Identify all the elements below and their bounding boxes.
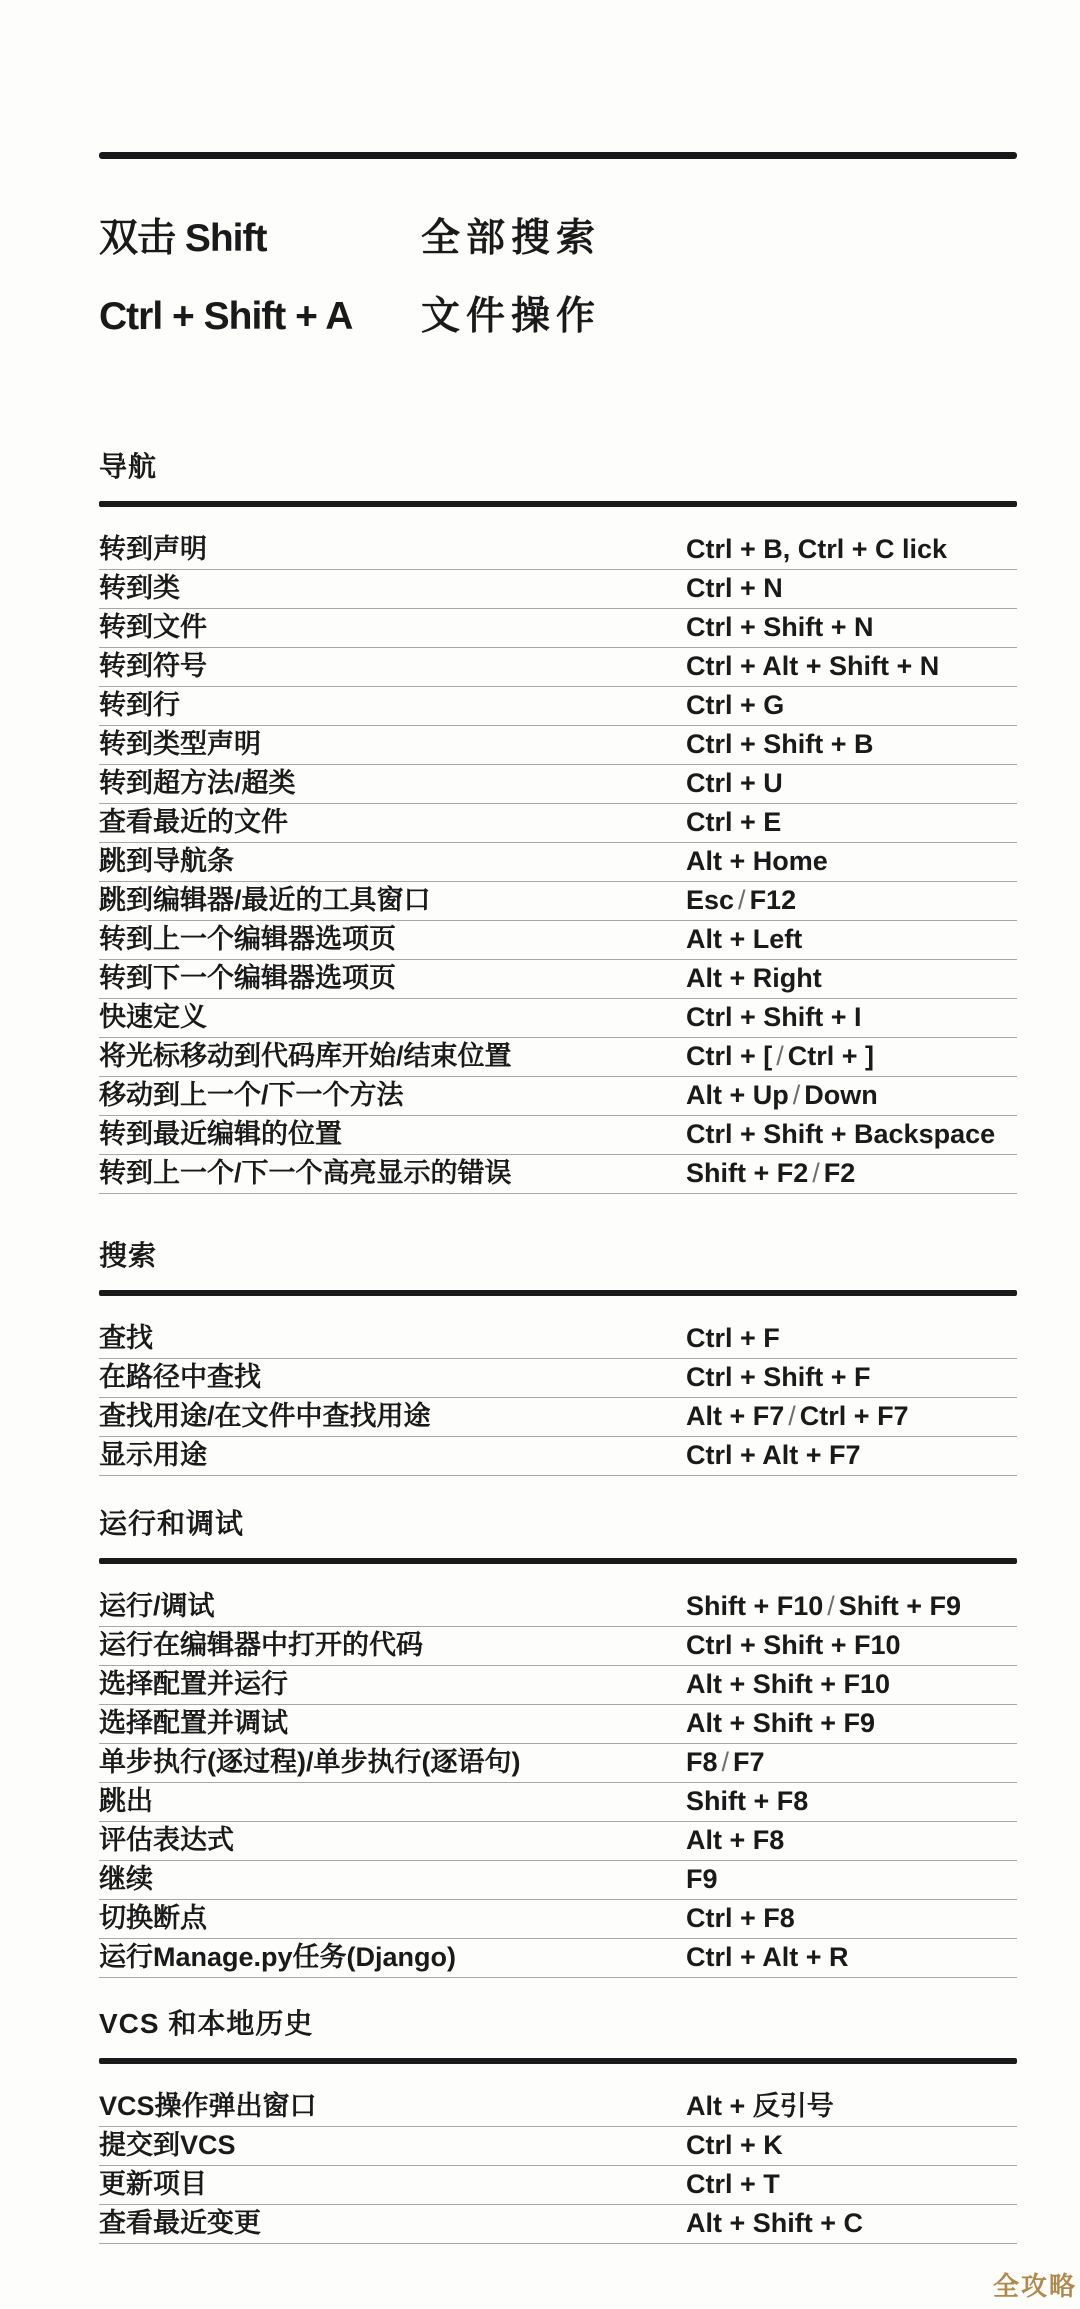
sections-container: 导航 转到声明 Ctrl + B, Ctrl + C lick 转到类 Ctrl…	[99, 447, 1017, 2244]
shortcut-alternative-slash: /	[784, 1401, 800, 1431]
shortcut-keys: Shift + F10/Shift + F9	[686, 1588, 961, 1625]
shortcut-key-combo: Ctrl + E	[686, 807, 781, 837]
table-row: 跳到导航条 Alt + Home	[99, 843, 1017, 882]
shortcut-alternative-slash: /	[789, 1080, 805, 1110]
shortcut-table: VCS操作弹出窗口 Alt + 反引号 提交到VCS Ctrl + K 更新项目…	[99, 2088, 1017, 2244]
shortcut-key-combo: Ctrl + G	[686, 690, 784, 720]
table-row: 单步执行(逐过程)/单步执行(逐语句) F8/F7	[99, 1744, 1017, 1783]
hero-row: Ctrl + Shift + A 文件操作	[99, 287, 1017, 347]
shortcut-keys: Ctrl + B, Ctrl + C lick	[686, 531, 947, 568]
section-title: VCS 和本地历史	[99, 2004, 1017, 2044]
action-label: 跳到导航条	[99, 843, 234, 880]
shortcut-keys: Alt + F7/Ctrl + F7	[686, 1398, 909, 1435]
action-label: 将光标移动到代码库开始/结束位置	[99, 1038, 512, 1075]
action-label: 跳出	[99, 1783, 153, 1820]
shortcut-keys: Ctrl + Shift + N	[686, 609, 874, 646]
shortcut-key-combo: F12	[750, 885, 797, 915]
shortcut-keys: Ctrl + U	[686, 765, 783, 802]
action-label: 转到类	[99, 570, 180, 607]
shortcut-key-combo: Ctrl + F8	[686, 1903, 795, 1933]
table-row: 查看最近变更 Alt + Shift + C	[99, 2205, 1017, 2244]
action-label: 在路径中查找	[99, 1359, 261, 1396]
action-label: 转到类型声明	[99, 726, 261, 763]
shortcut-alternative-slash: /	[808, 1158, 824, 1188]
hero-shortcut-keys: 双击 Shift	[99, 209, 266, 269]
shortcut-key-combo: Ctrl + K	[686, 2130, 783, 2160]
table-row: 选择配置并运行 Alt + Shift + F10	[99, 1666, 1017, 1705]
shortcut-keys: Shift + F2/F2	[686, 1155, 855, 1192]
shortcut-key-combo: Esc	[686, 885, 734, 915]
action-label: 单步执行(逐过程)/单步执行(逐语句)	[99, 1744, 520, 1781]
section-rule	[99, 1558, 1017, 1564]
shortcut-key-combo: Ctrl + U	[686, 768, 783, 798]
shortcut-section: VCS 和本地历史 VCS操作弹出窗口 Alt + 反引号 提交到VCS Ctr…	[99, 2004, 1017, 2244]
table-row: 运行在编辑器中打开的代码 Ctrl + Shift + F10	[99, 1627, 1017, 1666]
shortcut-key-combo: F9	[686, 1864, 718, 1894]
action-label: 更新项目	[99, 2166, 207, 2203]
action-label: 查找	[99, 1320, 153, 1357]
table-row: 转到文件 Ctrl + Shift + N	[99, 609, 1017, 648]
action-label: VCS操作弹出窗口	[99, 2088, 317, 2125]
table-row: VCS操作弹出窗口 Alt + 反引号	[99, 2088, 1017, 2127]
shortcut-keys: Ctrl + Shift + Backspace	[686, 1116, 995, 1153]
table-row: 运行Manage.py任务(Django) Ctrl + Alt + R	[99, 1939, 1017, 1978]
shortcut-key-combo: Alt + Shift + F9	[686, 1708, 875, 1738]
shortcut-keys: Ctrl + F8	[686, 1900, 795, 1937]
table-row: 转到行 Ctrl + G	[99, 687, 1017, 726]
shortcut-key-combo: Alt + F7	[686, 1401, 784, 1431]
shortcut-key-combo: Alt + Right	[686, 963, 822, 993]
shortcut-keys: Alt + 反引号	[686, 2088, 834, 2125]
shortcut-key-combo: Ctrl + Shift + F10	[686, 1630, 901, 1660]
action-label: 转到下一个编辑器选项页	[99, 960, 396, 997]
action-label: 查找用途/在文件中查找用途	[99, 1398, 431, 1435]
table-row: 在路径中查找 Ctrl + Shift + F	[99, 1359, 1017, 1398]
table-row: 转到符号 Ctrl + Alt + Shift + N	[99, 648, 1017, 687]
section-title: 搜索	[99, 1236, 1017, 1276]
cheatsheet-page: 双击 Shift 全部搜索 Ctrl + Shift + A 文件操作 导航 转…	[99, 0, 1017, 2244]
shortcut-key-combo: Ctrl + Shift + B	[686, 729, 874, 759]
shortcut-key-combo: F7	[733, 1747, 765, 1777]
shortcut-keys: Alt + Shift + F10	[686, 1666, 890, 1703]
table-row: 查看最近的文件 Ctrl + E	[99, 804, 1017, 843]
hero-shortcut-keys: Ctrl + Shift + A	[99, 287, 352, 347]
shortcut-key-combo: Ctrl + B, Ctrl + C lick	[686, 534, 947, 564]
shortcut-keys: Ctrl + Shift + F	[686, 1359, 871, 1396]
shortcut-keys: Esc/F12	[686, 882, 796, 919]
shortcut-keys: Ctrl + E	[686, 804, 781, 841]
shortcut-key-combo: Ctrl + Shift + I	[686, 1002, 862, 1032]
table-row: 移动到上一个/下一个方法 Alt + Up/Down	[99, 1077, 1017, 1116]
shortcut-keys: Ctrl + Alt + R	[686, 1939, 849, 1976]
shortcut-keys: Ctrl + F	[686, 1320, 780, 1357]
shortcut-alternative-slash: /	[823, 1591, 839, 1621]
action-label: 转到符号	[99, 648, 207, 685]
shortcut-key-combo: Ctrl + [	[686, 1041, 772, 1071]
shortcut-key-combo: Alt + Shift + C	[686, 2208, 863, 2238]
action-label: 快速定义	[99, 999, 207, 1036]
shortcut-key-combo: F2	[824, 1158, 856, 1188]
shortcut-section: 导航 转到声明 Ctrl + B, Ctrl + C lick 转到类 Ctrl…	[99, 447, 1017, 1194]
top-rule	[99, 152, 1017, 159]
shortcut-keys: Alt + Left	[686, 921, 802, 958]
table-row: 转到类 Ctrl + N	[99, 570, 1017, 609]
shortcut-key-combo: Ctrl + ]	[788, 1041, 874, 1071]
action-label: 评估表达式	[99, 1822, 234, 1859]
shortcut-keys: Alt + Right	[686, 960, 822, 997]
shortcut-table: 转到声明 Ctrl + B, Ctrl + C lick 转到类 Ctrl + …	[99, 531, 1017, 1194]
table-row: 转到超方法/超类 Ctrl + U	[99, 765, 1017, 804]
shortcut-keys: Alt + Shift + C	[686, 2205, 863, 2242]
table-row: 将光标移动到代码库开始/结束位置 Ctrl + [/Ctrl + ]	[99, 1038, 1017, 1077]
shortcut-alternative-slash: /	[734, 885, 750, 915]
action-label: 继续	[99, 1861, 153, 1898]
shortcut-key-combo: Ctrl + N	[686, 573, 783, 603]
shortcut-key-combo: Ctrl + Shift + Backspace	[686, 1119, 995, 1149]
action-label: 转到上一个/下一个高亮显示的错误	[99, 1155, 512, 1192]
section-rule	[99, 501, 1017, 507]
table-row: 提交到VCS Ctrl + K	[99, 2127, 1017, 2166]
hero-row: 双击 Shift 全部搜索	[99, 209, 1017, 269]
table-row: 转到类型声明 Ctrl + Shift + B	[99, 726, 1017, 765]
table-row: 继续 F9	[99, 1861, 1017, 1900]
shortcut-keys: Alt + F8	[686, 1822, 784, 1859]
shortcut-alternative-slash: /	[718, 1747, 734, 1777]
action-label: 转到行	[99, 687, 180, 724]
shortcut-keys: Ctrl + T	[686, 2166, 780, 2203]
shortcut-key-combo: Ctrl + Alt + F7	[686, 1440, 861, 1470]
shortcut-key-combo: Ctrl + T	[686, 2169, 780, 2199]
action-label: 转到上一个编辑器选项页	[99, 921, 396, 958]
action-label: 转到最近编辑的位置	[99, 1116, 342, 1153]
shortcut-keys: Alt + Shift + F9	[686, 1705, 875, 1742]
table-row: 转到最近编辑的位置 Ctrl + Shift + Backspace	[99, 1116, 1017, 1155]
table-row: 跳出 Shift + F8	[99, 1783, 1017, 1822]
table-row: 查找用途/在文件中查找用途 Alt + F7/Ctrl + F7	[99, 1398, 1017, 1437]
section-rule	[99, 2058, 1017, 2064]
shortcut-key-combo: Ctrl + Shift + F	[686, 1362, 871, 1392]
shortcut-key-combo: Down	[804, 1080, 878, 1110]
table-row: 更新项目 Ctrl + T	[99, 2166, 1017, 2205]
action-label: 查看最近的文件	[99, 804, 288, 841]
shortcut-key-combo: Alt + Home	[686, 846, 828, 876]
action-label: 显示用途	[99, 1437, 207, 1474]
shortcut-key-combo: Ctrl + F7	[800, 1401, 909, 1431]
table-row: 转到上一个编辑器选项页 Alt + Left	[99, 921, 1017, 960]
shortcut-key-combo: Ctrl + Shift + N	[686, 612, 874, 642]
shortcut-key-combo: Alt + 反引号	[686, 2091, 834, 2121]
table-row: 运行/调试 Shift + F10/Shift + F9	[99, 1588, 1017, 1627]
shortcut-keys: F8/F7	[686, 1744, 765, 1781]
section-title: 导航	[99, 447, 1017, 487]
shortcut-keys: Ctrl + Shift + B	[686, 726, 874, 763]
table-row: 显示用途 Ctrl + Alt + F7	[99, 1437, 1017, 1476]
hero-shortcuts: 双击 Shift 全部搜索 Ctrl + Shift + A 文件操作	[99, 209, 1017, 347]
action-label: 转到文件	[99, 609, 207, 646]
shortcut-table: 运行/调试 Shift + F10/Shift + F9 运行在编辑器中打开的代…	[99, 1588, 1017, 1978]
shortcut-keys: Ctrl + [/Ctrl + ]	[686, 1038, 874, 1075]
action-label: 选择配置并运行	[99, 1666, 288, 1703]
action-label: 运行/调试	[99, 1588, 215, 1625]
shortcut-keys: Ctrl + Alt + F7	[686, 1437, 861, 1474]
table-row: 选择配置并调试 Alt + Shift + F9	[99, 1705, 1017, 1744]
shortcut-key-combo: Shift + F10	[686, 1591, 823, 1621]
shortcut-keys: Alt + Up/Down	[686, 1077, 878, 1114]
shortcut-section: 运行和调试 运行/调试 Shift + F10/Shift + F9 运行在编辑…	[99, 1504, 1017, 1978]
action-label: 跳到编辑器/最近的工具窗口	[99, 882, 431, 919]
table-row: 切换断点 Ctrl + F8	[99, 1900, 1017, 1939]
shortcut-key-combo: Shift + F9	[839, 1591, 961, 1621]
shortcut-key-combo: F8	[686, 1747, 718, 1777]
shortcut-keys: Alt + Home	[686, 843, 828, 880]
shortcut-alternative-slash: /	[772, 1041, 788, 1071]
shortcut-key-combo: Alt + Left	[686, 924, 802, 954]
section-title: 运行和调试	[99, 1504, 1017, 1544]
table-row: 查找 Ctrl + F	[99, 1320, 1017, 1359]
shortcut-keys: Ctrl + Shift + I	[686, 999, 862, 1036]
hero-shortcut-description: 文件操作	[421, 287, 601, 347]
shortcut-table: 查找 Ctrl + F 在路径中查找 Ctrl + Shift + F 查找用途…	[99, 1320, 1017, 1476]
table-row: 跳到编辑器/最近的工具窗口 Esc/F12	[99, 882, 1017, 921]
table-row: 转到上一个/下一个高亮显示的错误 Shift + F2/F2	[99, 1155, 1017, 1194]
action-label: 运行Manage.py任务(Django)	[99, 1939, 456, 1976]
section-rule	[99, 1290, 1017, 1296]
hero-shortcut-description: 全部搜索	[421, 209, 601, 269]
action-label: 运行在编辑器中打开的代码	[99, 1627, 423, 1664]
shortcut-keys: Ctrl + Shift + F10	[686, 1627, 901, 1664]
action-label: 转到超方法/超类	[99, 765, 296, 802]
shortcut-keys: Ctrl + K	[686, 2127, 783, 2164]
table-row: 转到下一个编辑器选项页 Alt + Right	[99, 960, 1017, 999]
action-label: 提交到VCS	[99, 2127, 236, 2164]
table-row: 快速定义 Ctrl + Shift + I	[99, 999, 1017, 1038]
shortcut-key-combo: Alt + Shift + F10	[686, 1669, 890, 1699]
watermark: 全攻略	[993, 2266, 1077, 2303]
action-label: 切换断点	[99, 1900, 207, 1937]
action-label: 移动到上一个/下一个方法	[99, 1077, 404, 1114]
action-label: 查看最近变更	[99, 2205, 261, 2242]
shortcut-key-combo: Alt + F8	[686, 1825, 784, 1855]
shortcut-keys: F9	[686, 1861, 718, 1898]
shortcut-key-combo: Shift + F8	[686, 1786, 808, 1816]
shortcut-keys: Ctrl + Alt + Shift + N	[686, 648, 939, 685]
shortcut-keys: Ctrl + N	[686, 570, 783, 607]
shortcut-section: 搜索 查找 Ctrl + F 在路径中查找 Ctrl + Shift + F 查…	[99, 1236, 1017, 1476]
table-row: 评估表达式 Alt + F8	[99, 1822, 1017, 1861]
shortcut-key-combo: Ctrl + F	[686, 1323, 780, 1353]
action-label: 选择配置并调试	[99, 1705, 288, 1742]
shortcut-key-combo: Shift + F2	[686, 1158, 808, 1188]
shortcut-keys: Shift + F8	[686, 1783, 808, 1820]
shortcut-keys: Ctrl + G	[686, 687, 784, 724]
table-row: 转到声明 Ctrl + B, Ctrl + C lick	[99, 531, 1017, 570]
shortcut-key-combo: Alt + Up	[686, 1080, 789, 1110]
shortcut-key-combo: Ctrl + Alt + Shift + N	[686, 651, 939, 681]
shortcut-key-combo: Ctrl + Alt + R	[686, 1942, 849, 1972]
action-label: 转到声明	[99, 531, 207, 568]
